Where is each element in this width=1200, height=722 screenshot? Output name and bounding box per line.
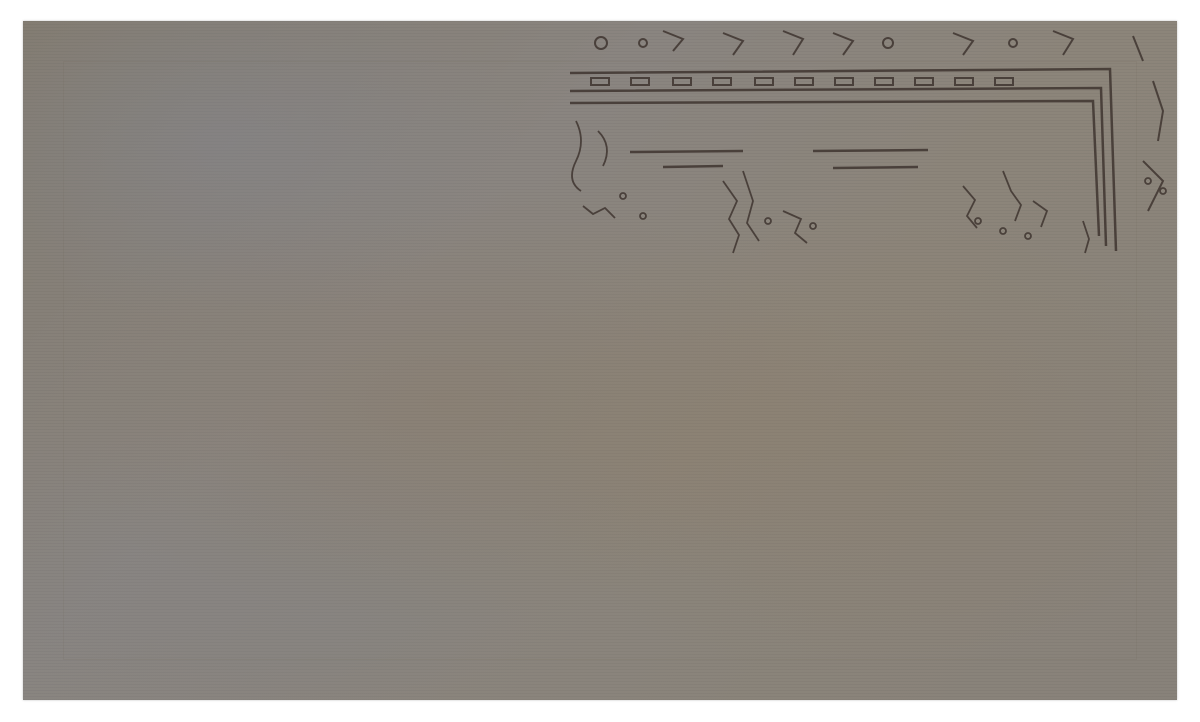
rug-pattern-corner <box>23 21 1177 700</box>
rug <box>23 21 1177 700</box>
